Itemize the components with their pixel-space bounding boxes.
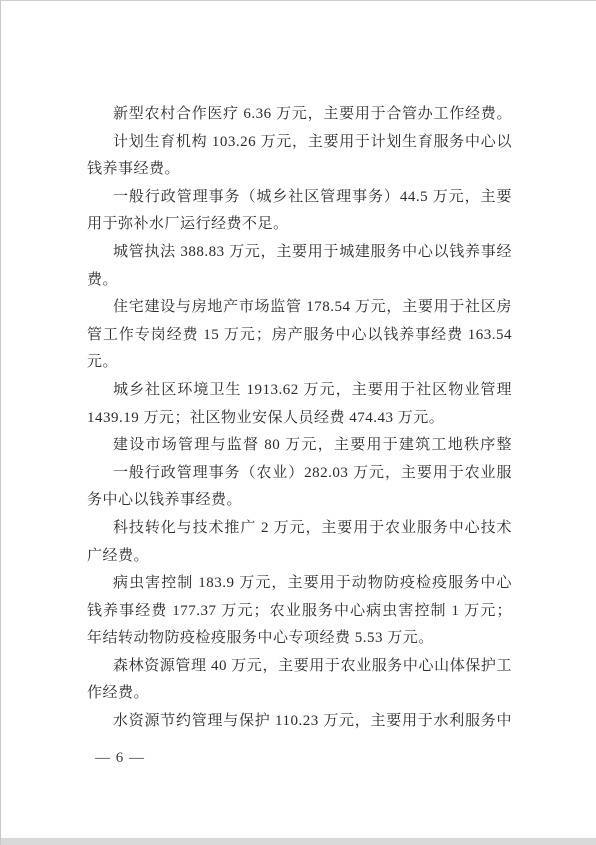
paragraph-line: 计划生育机构 103.26 万元，主要用于计划生育服务中心以 [87, 129, 512, 157]
paragraph-line: 元。 [87, 349, 512, 377]
paragraph-line: 年结转动物防疫检疫服务中心专项经费 5.53 万元。 [87, 625, 512, 653]
paragraph-line: 水资源节约管理与保护 110.23 万元，主要用于水利服务中 [87, 708, 512, 736]
paragraph-line: 广经费。 [87, 543, 512, 571]
paragraph-line: 一般行政管理事务（农业）282.03 万元，主要用于农业服 [87, 460, 512, 488]
paragraph-line: 科技转化与技术推广 2 万元，主要用于农业服务中心技术推 [87, 515, 512, 543]
document-page: 新型农村合作医疗 6.36 万元，主要用于合管办工作经费。 计划生育机构 103… [0, 0, 596, 845]
paragraph-line: 作经费。 [87, 680, 512, 708]
paragraph-line: 城管执法 388.83 万元，主要用于城建服务中心以钱养事经 [87, 239, 512, 267]
paragraph-line: 1439.19 万元；社区物业安保人员经费 474.43 万元。 [87, 405, 512, 433]
paragraph-line: 病虫害控制 183.9 万元，主要用于动物防疫检疫服务中心以 [87, 570, 512, 598]
page-bottom-edge [1, 838, 596, 845]
paragraph-line: 城乡社区环境卫生 1913.62 万元，主要用于社区物业管理费 [87, 377, 512, 405]
paragraph-line: 新型农村合作医疗 6.36 万元，主要用于合管办工作经费。 [87, 101, 512, 129]
paragraph-line: 用于弥补水厂运行经费不足。 [87, 211, 512, 239]
paragraph-line: 钱养事经费。 [87, 156, 512, 184]
paragraph-line: 钱养事经费 177.37 万元；农业服务中心病虫害控制 1 万元；上 [87, 598, 512, 626]
paragraph-line: 森林资源管理 40 万元，主要用于农业服务中心山体保护工 [87, 653, 512, 681]
paragraph-line: 务中心以钱养事经费。 [87, 487, 512, 515]
document-body: 新型农村合作医疗 6.36 万元，主要用于合管办工作经费。 计划生育机构 103… [87, 101, 512, 736]
paragraph-line: 建设市场管理与监督 80 万元，主要用于建筑工地秩序整顿。 [87, 432, 512, 460]
paragraph-line: 住宅建设与房地产市场监管 178.54 万元，主要用于社区房 [87, 294, 512, 322]
paragraph-line: 管工作专岗经费 15 万元；房产服务中心以钱养事经费 163.54 万 [87, 322, 512, 350]
paragraph-line: 一般行政管理事务（城乡社区管理事务）44.5 万元，主要 [87, 184, 512, 212]
page-number: — 6 — [95, 750, 145, 767]
paragraph-line: 费。 [87, 267, 512, 295]
